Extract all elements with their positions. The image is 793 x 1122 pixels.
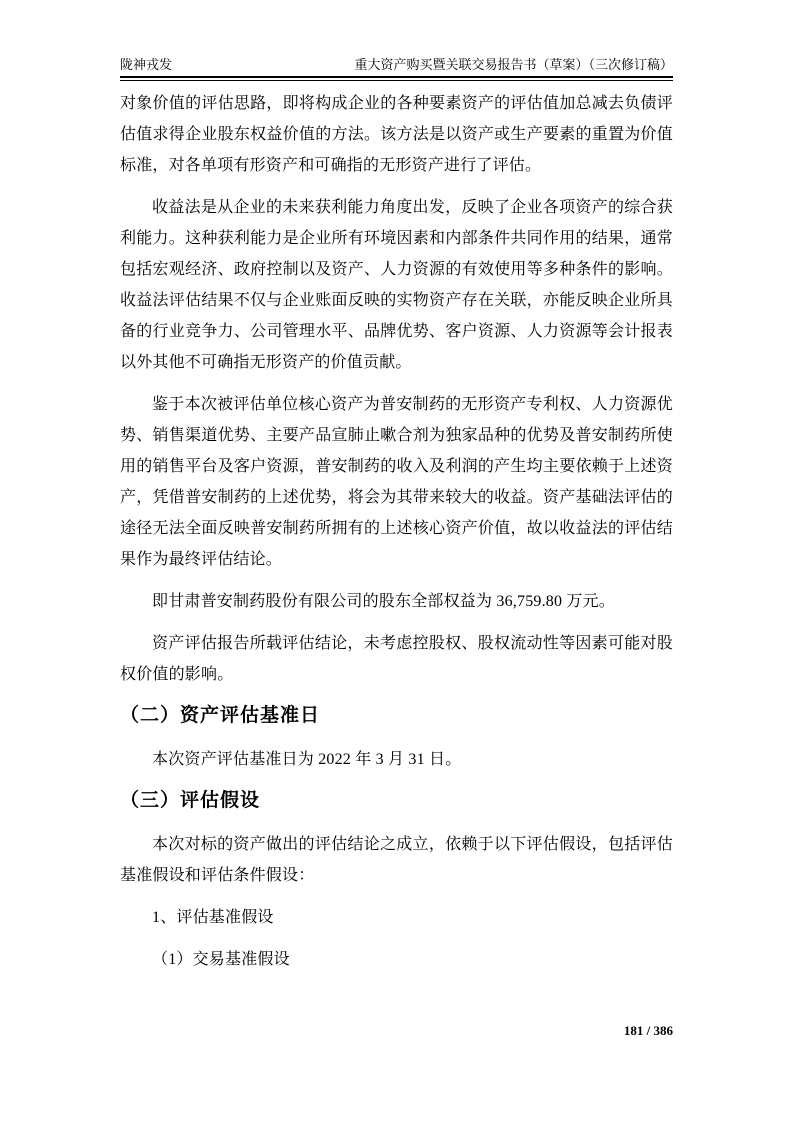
document-page: 陇神戎发 重大资产购买暨关联交易报告书（草案）（三次修订稿） 对象价值的评估思路… (0, 0, 793, 1122)
document-body: 对象价值的评估思路，即将构成企业的各种要素资产的评估值加总减去负债评估值求得企业… (120, 88, 673, 986)
page-footer: 181 / 386 (120, 1022, 673, 1039)
page-number: 181 / 386 (624, 1023, 673, 1038)
header-double-rule (120, 76, 673, 81)
header-report-title: 重大资产购买暨关联交易报告书（草案）（三次修订稿） (354, 56, 673, 73)
header-company-short-name: 陇神戎发 (120, 56, 172, 73)
paragraph-shareholder-equity-value: 即甘肃普安制药股份有限公司的股东全部权益为 36,759.80 万元。 (120, 586, 673, 617)
section-heading-valuation-assumptions: （三）评估假设 (120, 787, 673, 815)
paragraph-asset-based-method-continuation: 对象价值的评估思路，即将构成企业的各种要素资产的评估值加总减去负债评估值求得企业… (120, 88, 673, 181)
paragraph-income-method-description: 收益法是从企业的未来获利能力角度出发，反映了企业各项资产的综合获利能力。这种获利… (120, 192, 673, 378)
paragraph-benchmark-assumptions-item: 1、评估基准假设 (120, 902, 673, 933)
paragraph-conclusion-caveat: 资产评估报告所载评估结论，未考虑控股权、股权流动性等因素可能对股权价值的影响。 (120, 628, 673, 690)
paragraph-valuation-base-date: 本次资产评估基准日为 2022 年 3 月 31 日。 (120, 744, 673, 775)
section-heading-valuation-base-date: （二）资产评估基准日 (120, 702, 673, 730)
paragraph-core-assets-rationale: 鉴于本次被评估单位核心资产为普安制药的无形资产专利权、人力资源优势、销售渠道优势… (120, 389, 673, 575)
paragraph-assumptions-intro: 本次对标的资产做出的评估结论之成立，依赖于以下评估假设，包括评估基准假设和评估条… (120, 829, 673, 891)
page-header: 陇神戎发 重大资产购买暨关联交易报告书（草案）（三次修订稿） (120, 56, 673, 81)
paragraph-transaction-assumption-item: （1）交易基准假设 (120, 944, 673, 975)
header-row: 陇神戎发 重大资产购买暨关联交易报告书（草案）（三次修订稿） (120, 56, 673, 73)
